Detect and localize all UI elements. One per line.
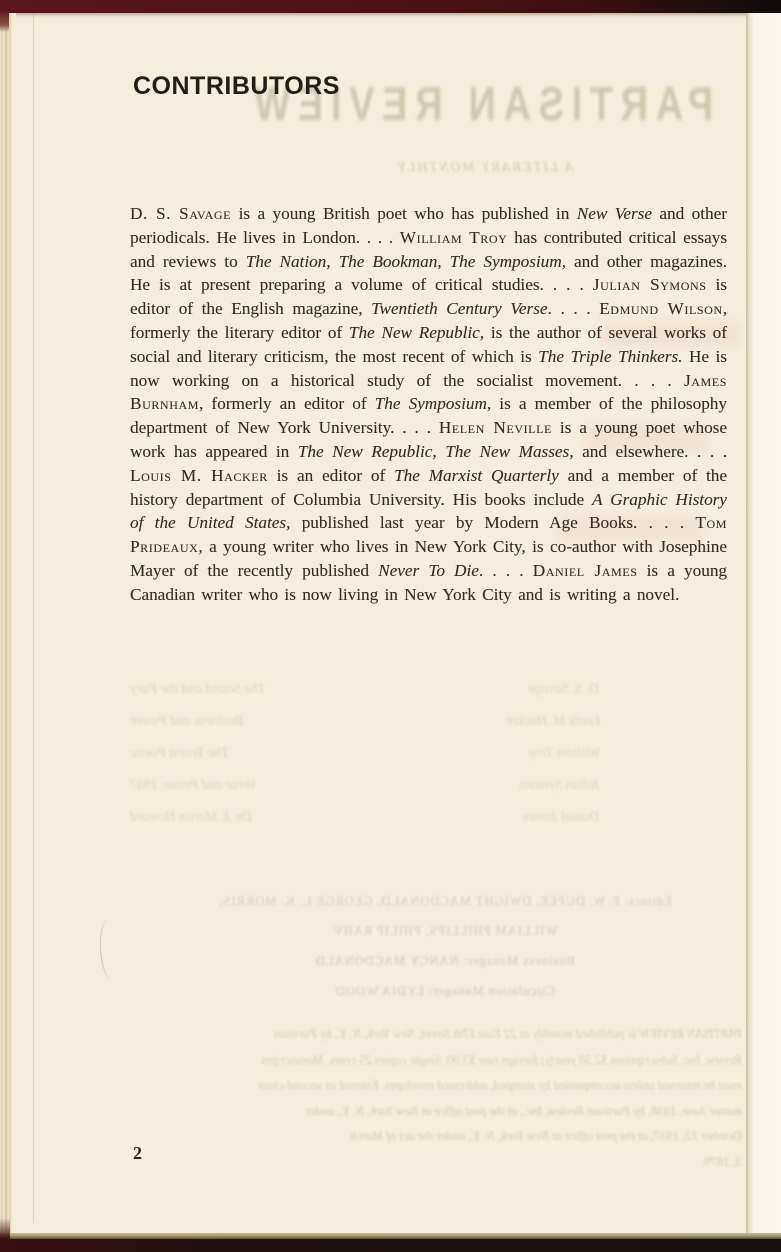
scanned-book-page: PARTISAN REVIEW A LITERARY MONTHLY The S… xyxy=(0,0,781,1252)
showthrough-contents-list: The Sound and the FuryD. S. SavageBusine… xyxy=(130,682,600,842)
binding-corner-top-left xyxy=(0,10,9,32)
showthrough-editors-block: Editors: F. W. DUPEE, DWIGHT MACDONALD, … xyxy=(150,886,740,1006)
page-number: 2 xyxy=(133,1143,142,1164)
book-binding-top-edge xyxy=(0,0,781,13)
showthrough-publication-notice: PARTISAN REVIEW is published monthly at … xyxy=(130,1022,742,1175)
margin-pen-mark xyxy=(98,920,120,979)
binding-corner-bottom-left xyxy=(0,1218,10,1240)
contributors-paragraph: D. S. Savage is a young British poet who… xyxy=(130,202,727,607)
page-fold-line xyxy=(33,13,34,1223)
page-stack-left-edges xyxy=(0,13,16,1235)
page-title: CONTRIBUTORS xyxy=(133,72,340,101)
showthrough-masthead-subtitle: A LITERARY MONTHLY xyxy=(320,160,650,176)
page-right-edge xyxy=(746,13,781,1239)
book-binding-bottom-edge xyxy=(0,1239,781,1252)
